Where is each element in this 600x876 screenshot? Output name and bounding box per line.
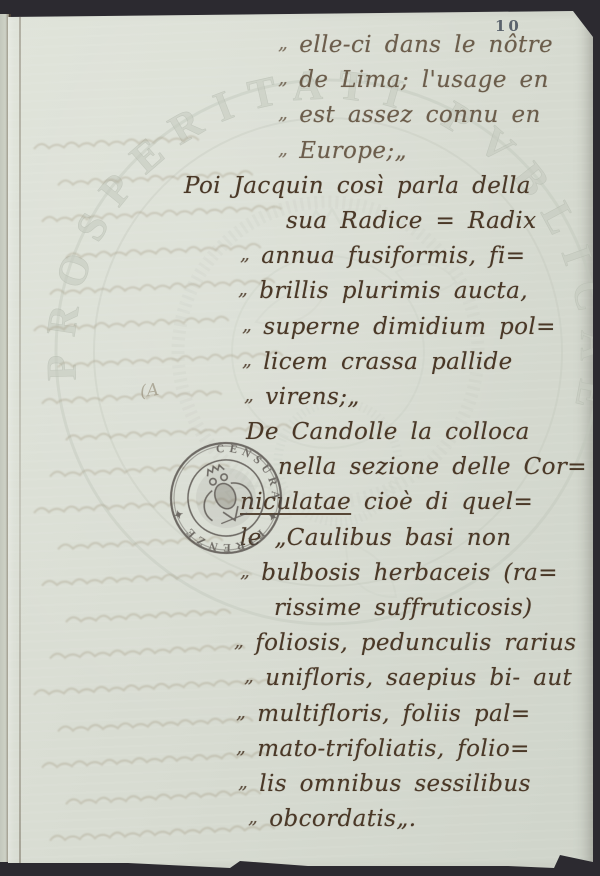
line-text: sua Radice = Radix [286, 208, 536, 234]
manuscript-line: „lis omnibus sessilibus [178, 767, 588, 802]
quote-mark: „ [242, 343, 252, 378]
manuscript-line: nella sezione delle Cor= [178, 450, 588, 485]
manuscript-line: „multifloris, foliis pal= [178, 697, 588, 732]
line-text: virens;„ [265, 384, 359, 410]
manuscript-line: „brillis plurimis aucta, [178, 274, 588, 309]
line-text: Europe;„ [299, 138, 407, 164]
line-text: multifloris, foliis pal= [257, 701, 530, 727]
manuscript-line: le „Caulibus basi non [178, 521, 588, 556]
line-text: licem crassa pallide [263, 349, 512, 375]
scanned-manuscript-screenshot: { "page": { "number": "10", "margin_note… [0, 0, 600, 876]
manuscript-line: „Europe;„ [178, 134, 588, 169]
quote-mark: „ [240, 237, 250, 272]
manuscript-line: „licem crassa pallide [178, 345, 588, 380]
quote-mark: „ [238, 765, 248, 800]
manuscript-line: „obcordatis„. [178, 802, 588, 837]
manuscript-line: rissime suffruticosis) [178, 591, 588, 626]
quote-mark: „ [278, 26, 288, 61]
manuscript-line: „unifloris, saepius bi- aut [178, 661, 588, 696]
line-text: rissime suffruticosis) [274, 595, 533, 621]
fold-line [19, 11, 21, 868]
line-text: superne dimidium pol= [263, 314, 556, 340]
line-text: bulbosis herbaceis (ra= [261, 560, 558, 586]
quote-mark: „ [236, 730, 246, 765]
quote-mark: „ [244, 659, 254, 694]
line-text: annua fusiformis, fi= [261, 243, 525, 269]
quote-mark: „ [236, 695, 246, 730]
line-text: est assez connu en [299, 102, 540, 128]
line-text: le „Caulibus basi non [240, 525, 511, 551]
line-text: brillis plurimis aucta, [259, 278, 528, 304]
quote-mark: „ [244, 378, 254, 413]
manuscript-line: sua Radice = Radix [178, 204, 588, 239]
manuscript-line: Poi Jacquin così parla della [178, 169, 588, 204]
line-text: obcordatis„. [269, 806, 416, 832]
quote-mark: „ [278, 132, 288, 167]
quote-mark: „ [242, 308, 252, 343]
quote-mark: „ [234, 624, 244, 659]
handwritten-text-block: „elle-ci dans le nôtre„de Lima; l'usage … [178, 28, 588, 837]
line-text: lis omnibus sessilibus [259, 771, 531, 797]
underlined-word: niculatae [240, 489, 351, 515]
manuscript-line: „elle-ci dans le nôtre [178, 28, 588, 63]
line-text: unifloris, saepius bi- aut [265, 665, 572, 691]
margin-annotation: (A [139, 380, 161, 402]
manuscript-line: „superne dimidium pol= [178, 310, 588, 345]
quote-mark: „ [278, 96, 288, 131]
manuscript-line: „mato-trifoliatis, folio= [178, 732, 588, 767]
line-text: cioè di quel= [351, 489, 533, 515]
manuscript-line: „virens;„ [178, 380, 588, 415]
quote-mark: „ [248, 800, 258, 835]
quote-mark: „ [238, 272, 248, 307]
quote-mark: „ [240, 554, 250, 589]
manuscript-line: „de Lima; l'usage en [178, 63, 588, 98]
manuscript-line: „annua fusiformis, fi= [178, 239, 588, 274]
line-text: nella sezione delle Cor= [278, 454, 587, 480]
quote-mark: „ [278, 61, 288, 96]
manuscript-line: „bulbosis herbaceis (ra= [178, 556, 588, 591]
line-text: Poi Jacquin così parla della [184, 173, 531, 199]
line-text: mato-trifoliatis, folio= [257, 736, 530, 762]
manuscript-line: niculatae cioè di quel= [178, 485, 588, 520]
line-text: De Candolle la colloca [246, 419, 530, 445]
manuscript-line: De Candolle la colloca [178, 415, 588, 450]
line-text: de Lima; l'usage en [299, 67, 549, 93]
line-text: elle-ci dans le nôtre [299, 32, 553, 58]
manuscript-line: „est assez connu en [178, 98, 588, 133]
line-text: foliosis, pedunculis rarius [255, 630, 576, 656]
manuscript-line: „foliosis, pedunculis rarius [178, 626, 588, 661]
